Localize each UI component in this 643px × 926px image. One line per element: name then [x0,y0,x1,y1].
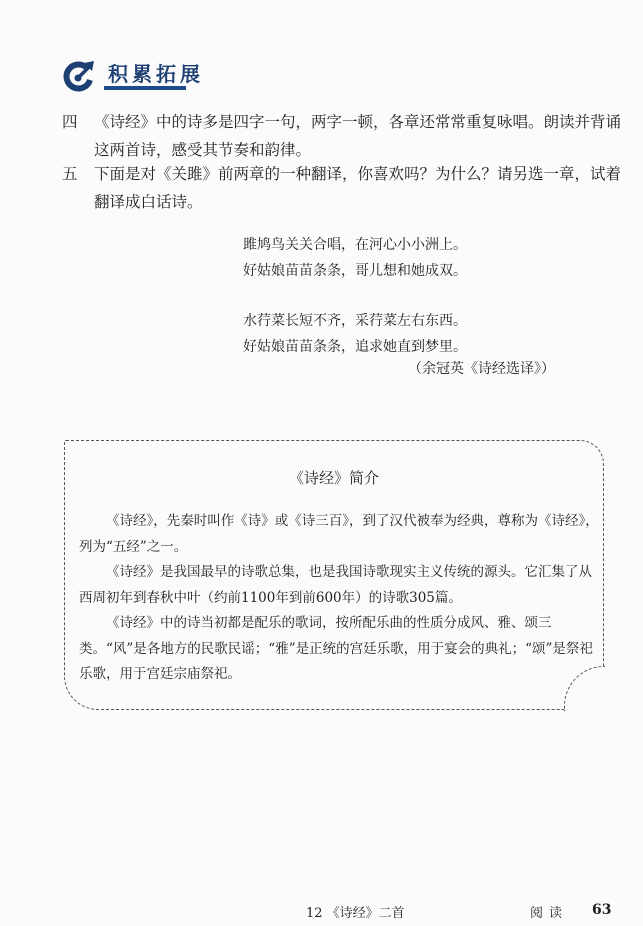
exercise-text: 下面是对《关雎》前两章的一种翻译，你喜欢吗？为什么？请另选一章，试着翻译成白话诗… [94,160,622,216]
poem-source: （余冠英《诗经选译》） [408,356,555,382]
exercise-4: 四 《诗经》中的诗多是四字一句，两字一顿，各章还常常重复咏唱。朗读并背诵这两首诗… [62,108,622,164]
poem-line: 好姑娘苗苗条条，哥儿想和她成双。 [243,258,467,284]
intro-paragraph: 《诗经》是我国最早的诗歌总集，也是我国诗歌现实主义传统的源头。它汇集了从西周初年… [79,560,599,611]
poem-line: 水荇菜长短不齐，采荇菜左右东西。 [243,308,467,334]
title-underline [104,86,186,90]
intro-paragraph: 《诗经》，先秦时叫作《诗》或《诗三百》，到了汉代被奉为经典，尊称为《诗经》，列为… [79,509,599,560]
footer-lesson: 12 《诗经》二首 [306,902,405,921]
poem-line: 雎鸠鸟关关合唱，在河心小小洲上。 [243,232,467,258]
intro-body: 《诗经》，先秦时叫作《诗》或《诗三百》，到了汉代被奉为经典，尊称为《诗经》，列为… [79,509,599,688]
refresh-arrow-icon [62,59,96,93]
page-number: 63 [592,902,611,918]
poem-stanza: 水荇菜长短不齐，采荇菜左右东西。 好姑娘苗苗条条，追求她直到梦里。 [243,308,467,360]
exercise-number: 五 [62,160,78,188]
poem-stanza: 雎鸠鸟关关合唱，在河心小小洲上。 好姑娘苗苗条条，哥儿想和她成双。 [243,232,467,284]
intro-title: 《诗经》简介 [65,467,603,488]
exercise-number: 四 [62,108,78,136]
exercise-text: 《诗经》中的诗多是四字一句，两字一顿，各章还常常重复咏唱。朗读并背诵这两首诗，感… [94,108,622,164]
intro-paragraph: 《诗经》中的诗当初都是配乐的歌词，按所配乐曲的性质分成风、雅、颂三类。“风”是各… [79,611,599,688]
footer-unit: 阅读 [530,902,568,921]
poem-translation: 雎鸠鸟关关合唱，在河心小小洲上。 好姑娘苗苗条条，哥儿想和她成双。 水荇菜长短不… [243,232,467,384]
exercise-5: 五 下面是对《关雎》前两章的一种翻译，你喜欢吗？为什么？请另选一章，试着翻译成白… [62,160,622,216]
intro-box: 《诗经》简介 《诗经》，先秦时叫作《诗》或《诗三百》，到了汉代被奉为经典，尊称为… [64,440,604,710]
